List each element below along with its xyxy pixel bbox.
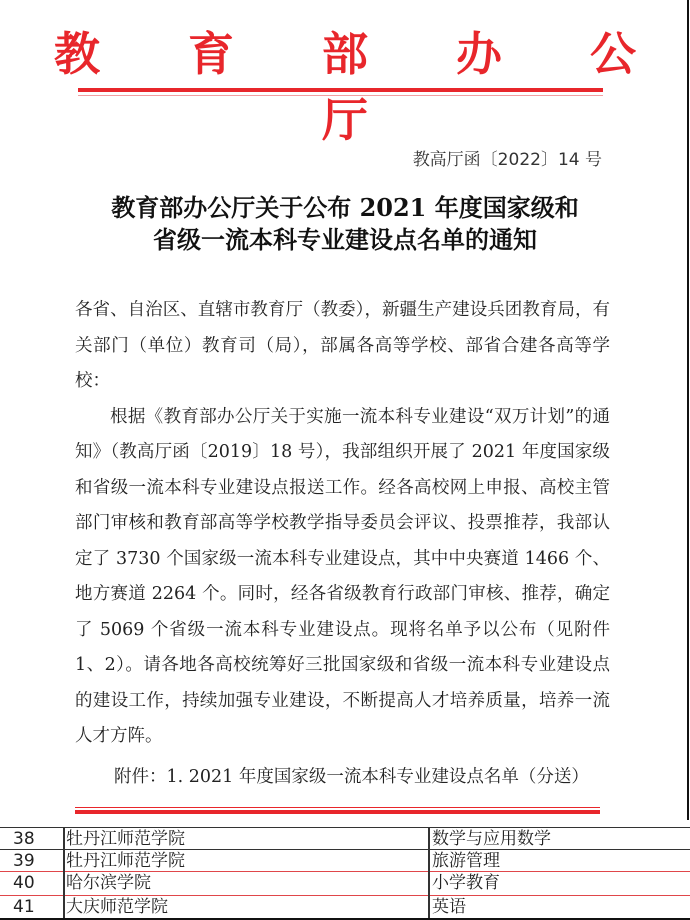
document-title-line-2: 省级一流本科专业建设点名单的通知: [0, 224, 690, 256]
attachment-table-excerpt: 38 牡丹江师范学院 数学与应用数学 39 牡丹江师范学院 旅游管理 40 哈尔…: [0, 827, 690, 920]
document-title: 教育部办公厅关于公布 2021 年度国家级和 省级一流本科专业建设点名单的通知: [0, 192, 690, 256]
row-number: 39: [13, 850, 53, 872]
addressee-paragraph: 各省、自治区、直辖市教育厅（教委），新疆生产建设兵团教育局，有关部门（单位）教育…: [75, 293, 610, 400]
school-name: 牡丹江师范学院: [66, 850, 185, 872]
row-number: 40: [13, 872, 53, 894]
school-name: 牡丹江师范学院: [66, 828, 185, 850]
major-name: 数学与应用数学: [432, 828, 551, 850]
row-number: 41: [13, 896, 53, 918]
masthead-divider-thin: [78, 95, 603, 96]
table-row: 41 大庆师范学院 英语: [0, 895, 690, 918]
table-column-divider: [428, 827, 430, 920]
footer-divider-thick: [75, 810, 600, 814]
school-name: 哈尔滨学院: [66, 872, 151, 894]
table-row: 38 牡丹江师范学院 数学与应用数学: [0, 827, 690, 850]
table-row: 39 牡丹江师范学院 旅游管理: [0, 849, 690, 872]
masthead-divider-thick: [78, 88, 603, 92]
masthead-title: 教 育 部 办 公 厅: [0, 18, 690, 150]
document-number: 教高厅函〔2022〕14 号: [413, 145, 602, 170]
major-name: 小学教育: [432, 872, 500, 894]
footer-divider-thin: [75, 807, 600, 808]
row-number: 38: [13, 828, 53, 850]
document-body: 各省、自治区、直辖市教育厅（教委），新疆生产建设兵团教育局，有关部门（单位）教育…: [75, 293, 610, 755]
major-name: 英语: [432, 896, 466, 918]
table-row-highlighted: 40 哈尔滨学院 小学教育: [0, 871, 690, 894]
document-title-line-1: 教育部办公厅关于公布 2021 年度国家级和: [0, 192, 690, 224]
major-name: 旅游管理: [432, 850, 500, 872]
attachment-line: 附件：1. 2021 年度国家级一流本科专业建设点名单（分送）: [114, 763, 589, 788]
main-paragraph: 根据《教育部办公厅关于实施一流本科专业建设“双万计划”的通知》（教高厅函〔201…: [75, 400, 610, 755]
table-column-divider: [63, 827, 65, 920]
school-name: 大庆师范学院: [66, 896, 168, 918]
